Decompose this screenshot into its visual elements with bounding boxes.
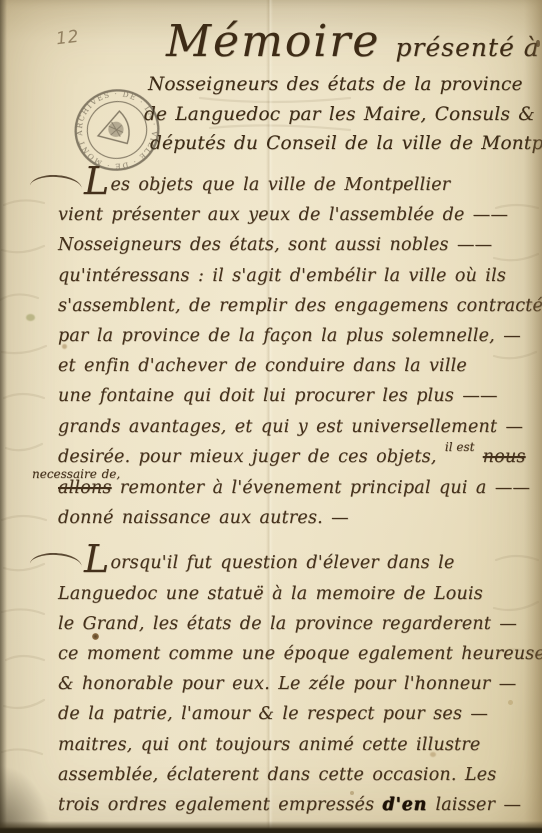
text-run: vient présenter aux yeux de l'assemblée … xyxy=(58,205,508,225)
text-run: ce moment comme une époque egalement heu… xyxy=(58,644,542,664)
text-run: Nosseigneurs des états, sont aussi noble… xyxy=(58,235,492,255)
archive-stamp: ARCHIVES · DE · LA · VILLE · DE · MONTPE… xyxy=(62,76,173,184)
manuscript-line: Lorsqu'il fut question d'élever dans le xyxy=(58,548,526,578)
text-run: le Grand, les états de la province regar… xyxy=(58,614,517,634)
text-run: es objets que la ville de Montpellier xyxy=(110,175,450,195)
manuscript-line: et enfin d'achever de conduire dans la v… xyxy=(58,351,526,381)
manuscript-line: donné naissance aux autres. — xyxy=(58,503,526,533)
manuscript-line: par la province de la façon la plus sole… xyxy=(58,321,526,351)
text-run: & honorable pour eux. Le zéle pour l'hon… xyxy=(58,674,516,694)
text-run: trois ordres egalement empressés xyxy=(58,795,383,815)
manuscript-line: maitres, qui ont toujours animé cette il… xyxy=(58,730,526,760)
archive-stamp-icon: ARCHIVES · DE · LA · VILLE · DE · MONTPE… xyxy=(62,76,173,184)
text-run: donné naissance aux autres. — xyxy=(58,508,349,528)
paper-edge-left xyxy=(0,0,7,833)
text-initial: L xyxy=(84,159,109,203)
document-heading: Mémoire présenté à —— Nosseigneurs des é… xyxy=(140,16,538,159)
heading-line-4: députés du Conseil de la ville de Montpe… xyxy=(150,129,538,159)
manuscript-line: le Grand, les états de la province regar… xyxy=(58,609,526,639)
manuscript-line: Nosseigneurs des états, sont aussi noble… xyxy=(58,230,526,260)
manuscript-photo: 12 Mémoire présenté à —— Nosseigneurs de… xyxy=(0,0,542,833)
text-run: par la province de la façon la plus sole… xyxy=(58,326,521,346)
manuscript-line: vient présenter aux yeux de l'assemblée … xyxy=(58,200,526,230)
text-run: maitres, qui ont toujours animé cette il… xyxy=(58,735,480,755)
heading-line-3: de Languedoc par les Maire, Consuls & xyxy=(144,100,538,130)
text-run: orsqu'il fut question d'élever dans le xyxy=(110,553,454,573)
manuscript-line: assemblée, éclaterent dans cette occasio… xyxy=(58,760,526,790)
title-line: Mémoire présenté à —— xyxy=(166,16,538,67)
text-margin: necessaire de, xyxy=(32,459,120,489)
text-run xyxy=(474,447,482,467)
text-run: de la patrie, l'amour & le respect pour … xyxy=(58,704,488,724)
text-strike: nous xyxy=(483,447,526,467)
paragraph: Les objets que la ville de Montpelliervi… xyxy=(58,170,526,533)
page-number: 12 xyxy=(55,27,81,50)
manuscript-line: qu'intéressans : il s'agit d'embélir la … xyxy=(58,261,526,291)
text-sup: il est xyxy=(445,432,475,462)
manuscript-line: s'assemblent, de remplir des engagemens … xyxy=(58,291,526,321)
text-run: Languedoc une statuë à la memoire de Lou… xyxy=(58,584,483,604)
title-rest: présenté à —— xyxy=(396,33,542,62)
manuscript-line: Languedoc une statuë à la memoire de Lou… xyxy=(58,579,526,609)
text-run: laisser — xyxy=(427,795,521,815)
text-initial: L xyxy=(84,537,109,581)
manuscript-line: ce moment comme une époque egalement heu… xyxy=(58,639,526,669)
manuscript-body: Les objets que la ville de Montpelliervi… xyxy=(58,170,526,820)
text-run: une fontaine qui doit lui procurer les p… xyxy=(58,386,498,406)
manuscript-line: une fontaine qui doit lui procurer les p… xyxy=(58,381,526,411)
paper-edge-right xyxy=(524,0,542,833)
manuscript-line: Les objets que la ville de Montpellier xyxy=(58,170,526,200)
manuscript-line: & honorable pour eux. Le zéle pour l'hon… xyxy=(58,669,526,699)
manuscript-line: trois ordres egalement empressés d'en la… xyxy=(58,790,526,820)
title-word-memoire: Mémoire xyxy=(166,16,380,67)
text-run: qu'intéressans : il s'agit d'embélir la … xyxy=(58,266,506,286)
manuscript-line: de la patrie, l'amour & le respect pour … xyxy=(58,699,526,729)
photo-corner-shadow xyxy=(0,713,90,833)
text-run: et enfin d'achever de conduire dans la v… xyxy=(58,356,467,376)
heading-line-2: Nosseigneurs des états de la province xyxy=(148,70,538,100)
text-run: assemblée, éclaterent dans cette occasio… xyxy=(58,765,496,785)
text-bold: d'en xyxy=(383,795,428,815)
photo-edge-bottom xyxy=(0,821,542,833)
text-run: s'assemblent, de remplir des engagemens … xyxy=(58,296,542,316)
paragraph: Lorsqu'il fut question d'élever dans leL… xyxy=(58,548,526,820)
text-run: remonter à l'évenement principal qui a —… xyxy=(112,478,531,498)
manuscript-line: necessaire de,allons remonter à l'évenem… xyxy=(58,473,526,503)
manuscript-line: desirée. pour mieux juger de ces objets,… xyxy=(58,442,526,473)
